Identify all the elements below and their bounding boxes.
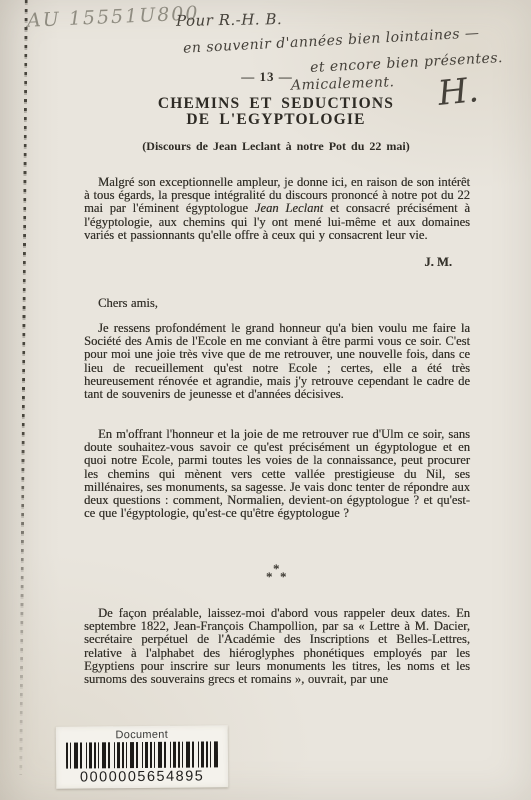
editor-initials: J. M.	[84, 255, 470, 270]
barcode-number: 0000005654895	[80, 768, 204, 785]
body-paragraph-2: En m'offrant l'honneur et la joie de me …	[84, 428, 470, 520]
body-paragraph-3: De façon préalable, laissez-moi d'abord …	[84, 607, 470, 686]
handwritten-dedication-line-2: en souvenir d'années bien lointaines —	[183, 25, 480, 57]
barcode-label: Document	[115, 729, 168, 741]
page-number: — 13 —	[227, 69, 307, 85]
scanned-document-page: AU 15551U800 Pour R.-H. B. en souvenir d…	[0, 0, 531, 800]
library-barcode-sticker: Document 0000005654895	[56, 725, 229, 788]
intro-author-name: Jean Leclant	[255, 201, 323, 215]
article-title: CHEMINS ET SEDUCTIONS DE L'EGYPTOLOGIE	[82, 96, 470, 128]
barcode-icon	[66, 741, 218, 768]
asterisk-icon: *	[280, 569, 287, 585]
pencil-shelfmark: AU 15551U800	[27, 2, 200, 32]
body-paragraph-1: Je ressens profondément le grand honneur…	[84, 322, 470, 401]
salutation: Chers amis,	[84, 297, 470, 310]
asterisk-icon: *	[273, 561, 280, 577]
article-title-line-1: CHEMINS ET SEDUCTIONS	[158, 95, 394, 112]
asterisk-icon: *	[266, 569, 273, 585]
editor-intro-paragraph: Malgré son exceptionnelle ampleur, je do…	[84, 176, 470, 242]
handwritten-dedication-line-1: Pour R.-H. B.	[176, 10, 282, 30]
asterism-section-separator: * * *	[266, 562, 290, 582]
article-subtitle: (Discours de Jean Leclant à notre Pot du…	[82, 139, 470, 154]
binding-stitch-marks	[19, 0, 27, 775]
article-title-line-2: DE L'EGYPTOLOGIE	[186, 111, 365, 128]
